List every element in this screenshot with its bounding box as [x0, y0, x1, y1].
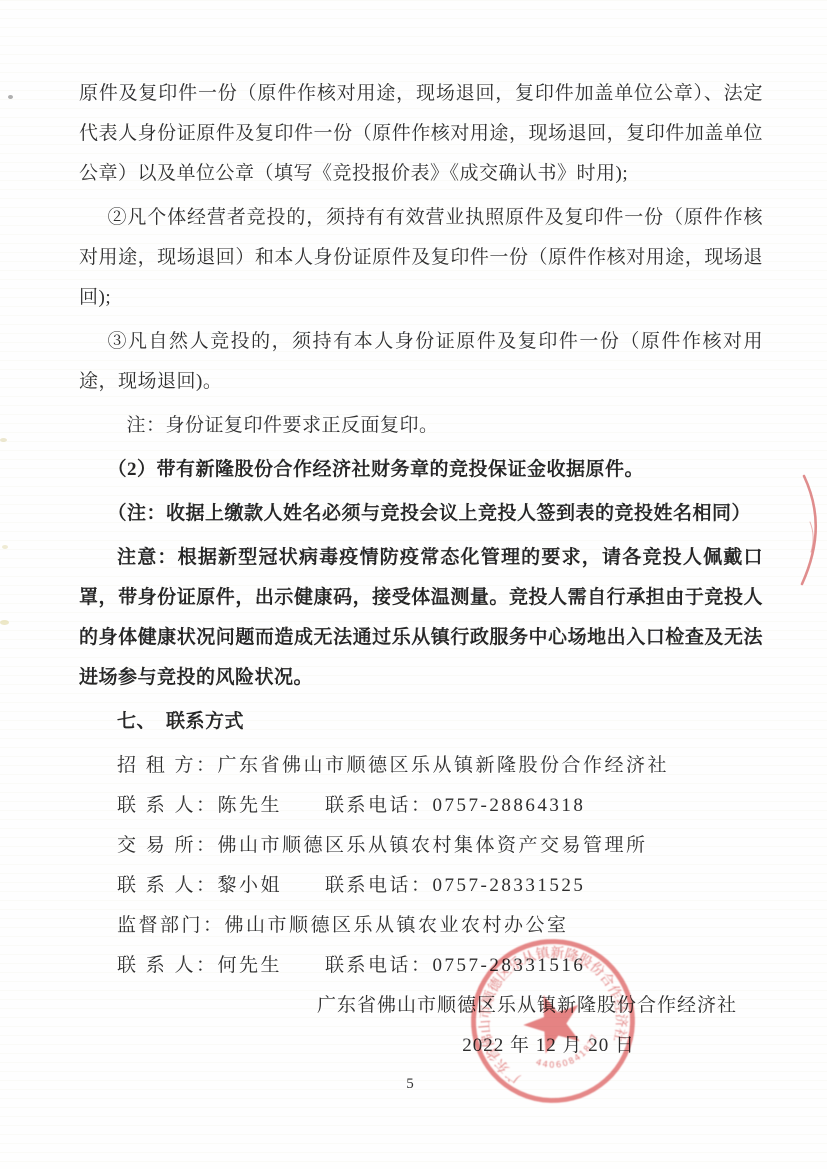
contact-line-lessor: 招 租 方：广东省佛山市顺德区乐从镇新隆股份合作经济社	[79, 746, 763, 786]
seal-star-icon	[516, 985, 590, 1057]
paragraph-receipt-note: （注：收据上缴款人姓名必须与竞投会议上竞投人签到表的竞投姓名相同）	[79, 494, 763, 534]
scan-artifact-smudge	[0, 438, 7, 442]
scan-artifact-smudge	[2, 545, 8, 549]
paragraph-item-circle3: ③凡自然人竞投的，须持有本人身份证原件及复印件一份（原件作核对用途，现场退回)。	[79, 322, 763, 402]
document-page: 原件及复印件一份（原件作核对用途，现场退回，复印件加盖单位公章）、法定代表人身份…	[0, 0, 827, 1169]
edge-stamp-arc	[790, 470, 827, 590]
paragraph-continuation: 原件及复印件一份（原件作核对用途，现场退回，复印件加盖单位公章）、法定代表人身份…	[79, 74, 763, 194]
scan-artifact-dot	[8, 95, 13, 99]
contact-line-person1: 联 系 人：陈先生 联系电话：0757-28864318	[79, 786, 763, 826]
paragraph-item-circle2: ②凡个体经营者竞投的，须持有有效营业执照原件及复印件一份（原件作核对用途，现场退…	[79, 198, 763, 318]
contact-line-person2: 联 系 人：黎小姐 联系电话：0757-28331525	[79, 866, 763, 906]
document-content: 原件及复印件一份（原件作核对用途，现场退回，复印件加盖单位公章）、法定代表人身份…	[79, 74, 763, 1066]
paragraph-id-copy-note: 注：身份证复印件要求正反面复印。	[79, 406, 763, 446]
contact-line-exchange: 交 易 所：佛山市顺德区乐从镇农村集体资产交易管理所	[79, 826, 763, 866]
official-seal: 广东省佛山市顺德区乐从镇新隆股份合作经济社 44060841877	[447, 915, 659, 1127]
page-number: 5	[399, 1070, 421, 1098]
signature-org: 广东省佛山市顺德区乐从镇新隆股份合作经济社	[79, 986, 763, 1026]
paragraph-covid-notice: 注意：根据新型冠状病毒疫情防疫常态化管理的要求，请各竞投人佩戴口罩，带身份证原件…	[79, 538, 763, 698]
paragraph-receipt-requirement: （2）带有新隆股份合作经济社财务章的竞投保证金收据原件。	[79, 450, 763, 490]
contact-line-supervisor: 监督部门：佛山市顺德区乐从镇农业农村办公室	[79, 906, 763, 946]
section7-heading: 七、 联系方式	[79, 702, 763, 742]
scan-artifact-smudge	[0, 620, 9, 625]
contact-line-person3: 联 系 人：何先生 联系电话：0757-28331516	[79, 946, 763, 986]
signature-date: 2022 年 12 月 20 日	[79, 1026, 763, 1066]
